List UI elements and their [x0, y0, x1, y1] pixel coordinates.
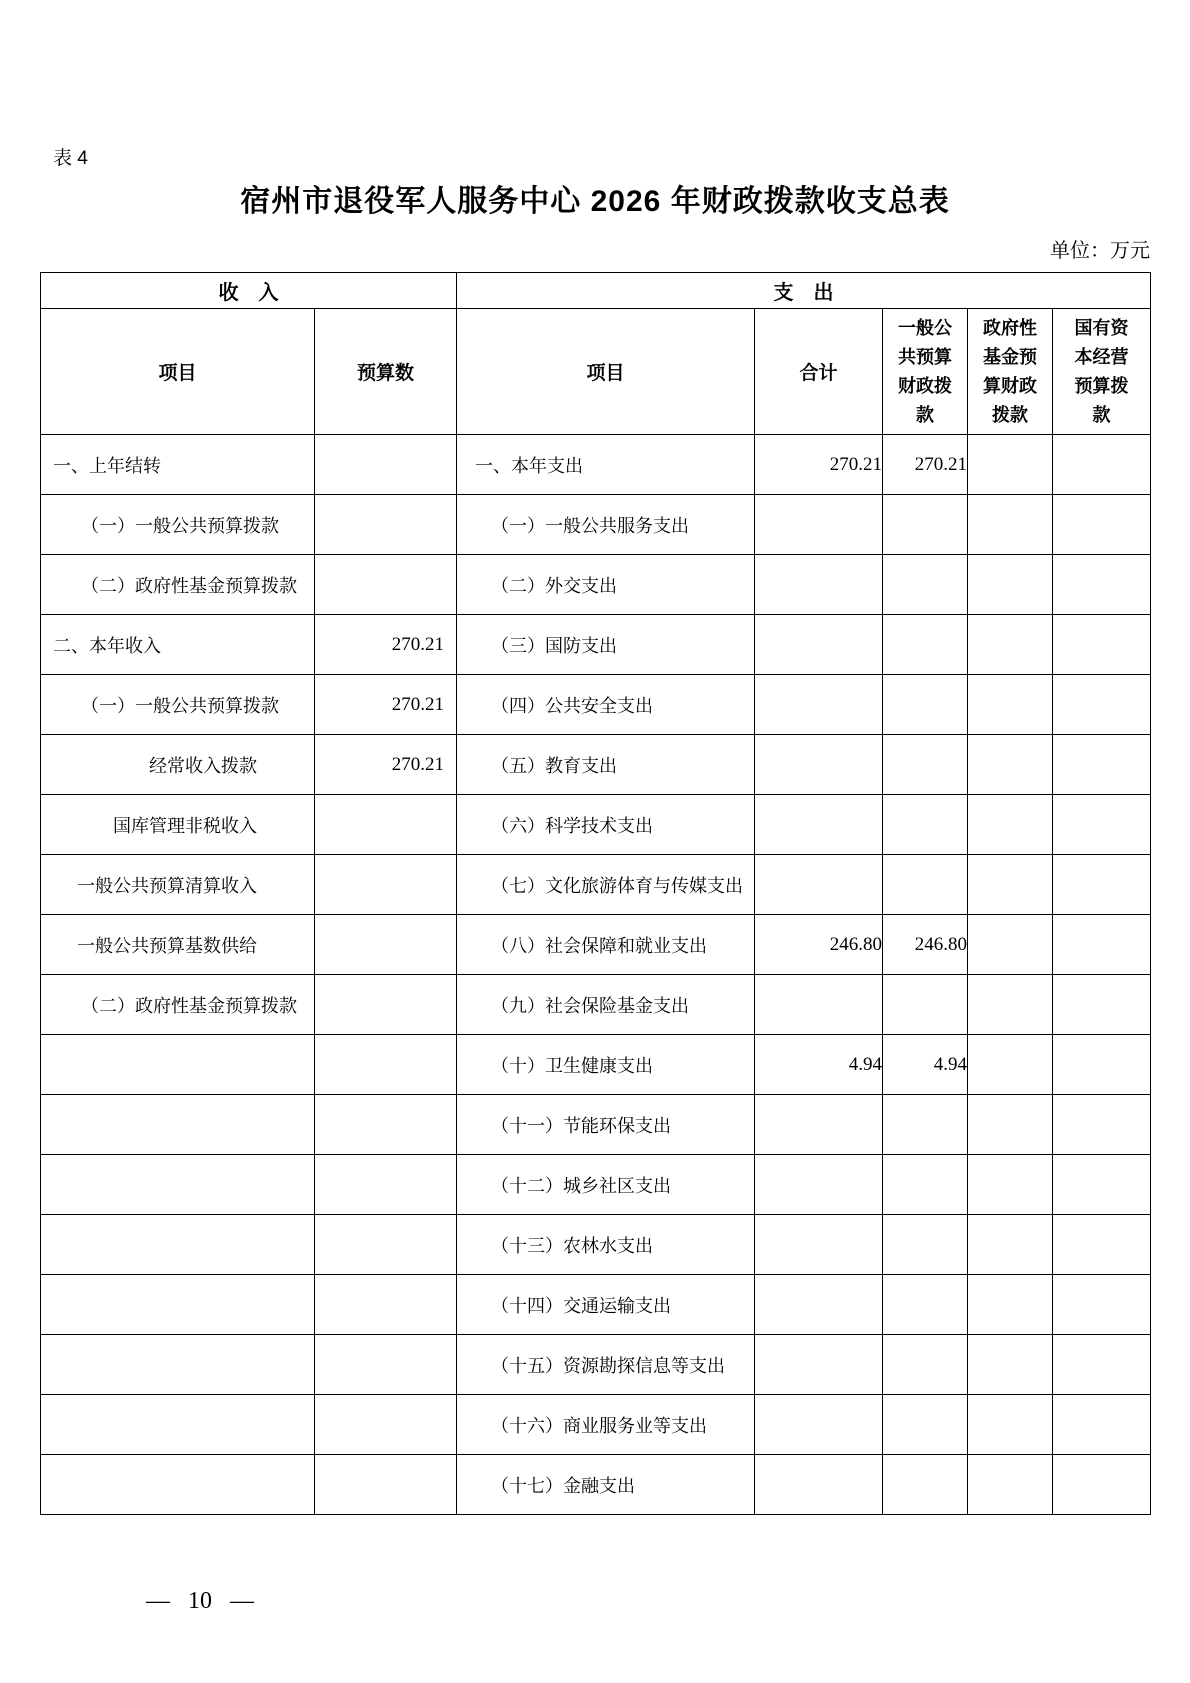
expense-item-cell: （三）国防支出	[457, 615, 755, 675]
income-budget-cell	[315, 975, 457, 1035]
table-row: （十一）节能环保支出	[41, 1095, 1151, 1155]
income-item-cell	[41, 1275, 315, 1335]
general-public-cell	[883, 735, 968, 795]
state-capital-cell	[1053, 1335, 1151, 1395]
table-row: （一）一般公共预算拨款（一）一般公共服务支出	[41, 495, 1151, 555]
expense-item-column-header: 项目	[457, 309, 755, 435]
government-fund-column-header: 政府性基金预算财政拨款	[968, 309, 1053, 435]
state-capital-cell	[1053, 975, 1151, 1035]
government-fund-cell	[968, 1035, 1053, 1095]
general-public-cell	[883, 975, 968, 1035]
total-cell	[755, 1095, 883, 1155]
government-fund-cell	[968, 1455, 1053, 1515]
total-cell: 270.21	[755, 435, 883, 495]
expense-item-cell: （十三）农林水支出	[457, 1215, 755, 1275]
income-budget-cell	[315, 1335, 457, 1395]
total-cell	[755, 1335, 883, 1395]
expense-item-cell: （二）外交支出	[457, 555, 755, 615]
state-capital-cell	[1053, 1035, 1151, 1095]
table-row: 经常收入拨款270.21（五）教育支出	[41, 735, 1151, 795]
income-budget-cell	[315, 1095, 457, 1155]
government-fund-cell	[968, 1395, 1053, 1455]
expense-item-cell: （五）教育支出	[457, 735, 755, 795]
total-cell: 4.94	[755, 1035, 883, 1095]
total-cell	[755, 1155, 883, 1215]
total-cell	[755, 615, 883, 675]
income-budget-cell	[315, 1215, 457, 1275]
state-capital-cell	[1053, 1155, 1151, 1215]
table-row: （十五）资源勘探信息等支出	[41, 1335, 1151, 1395]
expense-item-cell: （七）文化旅游体育与传媒支出	[457, 855, 755, 915]
government-fund-cell	[968, 915, 1053, 975]
section-header-row: 收 入 支 出	[41, 273, 1151, 309]
government-fund-cell	[968, 1095, 1053, 1155]
column-header-row: 项目 预算数 项目 合计 一般公共预算财政拨款 政府性基金预算财政拨款 国有资本…	[41, 309, 1151, 435]
total-cell	[755, 1215, 883, 1275]
state-capital-cell	[1053, 1215, 1151, 1275]
income-budget-cell	[315, 1155, 457, 1215]
income-item-cell: （一）一般公共预算拨款	[41, 495, 315, 555]
income-budget-cell	[315, 495, 457, 555]
government-fund-cell	[968, 975, 1053, 1035]
income-item-cell	[41, 1395, 315, 1455]
expense-item-cell: 一、本年支出	[457, 435, 755, 495]
table-row: （十六）商业服务业等支出	[41, 1395, 1151, 1455]
income-budget-cell	[315, 855, 457, 915]
general-public-cell	[883, 795, 968, 855]
state-capital-cell	[1053, 435, 1151, 495]
expense-item-cell: （一）一般公共服务支出	[457, 495, 755, 555]
government-fund-cell	[968, 1275, 1053, 1335]
general-public-cell	[883, 1455, 968, 1515]
government-fund-cell	[968, 555, 1053, 615]
income-item-cell: （二）政府性基金预算拨款	[41, 975, 315, 1035]
total-cell	[755, 1455, 883, 1515]
income-item-column-header: 项目	[41, 309, 315, 435]
government-fund-cell	[968, 495, 1053, 555]
state-capital-cell	[1053, 675, 1151, 735]
income-item-cell	[41, 1215, 315, 1275]
income-item-cell	[41, 1155, 315, 1215]
general-public-cell	[883, 1275, 968, 1335]
total-cell: 246.80	[755, 915, 883, 975]
income-budget-cell	[315, 1275, 457, 1335]
government-fund-cell	[968, 1335, 1053, 1395]
total-cell	[755, 555, 883, 615]
income-item-cell	[41, 1335, 315, 1395]
income-budget-cell: 270.21	[315, 615, 457, 675]
income-budget-cell	[315, 555, 457, 615]
unit-note: 单位：万元	[1050, 234, 1150, 263]
general-public-cell: 4.94	[883, 1035, 968, 1095]
page-title: 宿州市退役军人服务中心 2026 年财政拨款收支总表	[0, 176, 1190, 220]
total-cell	[755, 795, 883, 855]
general-public-cell	[883, 615, 968, 675]
expense-item-cell: （六）科学技术支出	[457, 795, 755, 855]
total-cell	[755, 675, 883, 735]
income-item-cell	[41, 1095, 315, 1155]
table-row: 一、上年结转一、本年支出270.21270.21	[41, 435, 1151, 495]
total-cell	[755, 1395, 883, 1455]
page-number: — 10 —	[120, 1588, 280, 1615]
state-capital-cell	[1053, 1095, 1151, 1155]
income-budget-cell: 270.21	[315, 675, 457, 735]
general-public-cell	[883, 675, 968, 735]
table-row: （二）政府性基金预算拨款（二）外交支出	[41, 555, 1151, 615]
general-public-cell	[883, 1395, 968, 1455]
table-row: （二）政府性基金预算拨款（九）社会保险基金支出	[41, 975, 1151, 1035]
income-budget-cell	[315, 1455, 457, 1515]
total-cell	[755, 975, 883, 1035]
table-body: 一、上年结转一、本年支出270.21270.21（一）一般公共预算拨款（一）一般…	[41, 435, 1151, 1515]
income-section-header: 收 入	[41, 273, 457, 309]
government-fund-cell	[968, 615, 1053, 675]
government-fund-cell	[968, 735, 1053, 795]
total-column-header: 合计	[755, 309, 883, 435]
state-capital-cell	[1053, 555, 1151, 615]
government-fund-cell	[968, 675, 1053, 735]
general-public-cell	[883, 495, 968, 555]
income-item-cell	[41, 1035, 315, 1095]
general-public-cell	[883, 1155, 968, 1215]
expense-item-cell: （四）公共安全支出	[457, 675, 755, 735]
state-capital-cell	[1053, 495, 1151, 555]
state-capital-cell	[1053, 615, 1151, 675]
general-public-cell: 270.21	[883, 435, 968, 495]
total-cell	[755, 495, 883, 555]
income-item-cell: 一般公共预算基数供给	[41, 915, 315, 975]
income-item-cell: 二、本年收入	[41, 615, 315, 675]
state-capital-cell	[1053, 915, 1151, 975]
income-budget-cell	[315, 1395, 457, 1455]
income-budget-cell: 270.21	[315, 735, 457, 795]
expense-item-cell: （九）社会保险基金支出	[457, 975, 755, 1035]
expense-item-cell: （十六）商业服务业等支出	[457, 1395, 755, 1455]
state-capital-cell	[1053, 735, 1151, 795]
total-cell	[755, 1275, 883, 1335]
government-fund-cell	[968, 855, 1053, 915]
income-item-cell: （二）政府性基金预算拨款	[41, 555, 315, 615]
table-row: （十）卫生健康支出4.944.94	[41, 1035, 1151, 1095]
expense-item-cell: （八）社会保障和就业支出	[457, 915, 755, 975]
table-row: （十三）农林水支出	[41, 1215, 1151, 1275]
state-capital-cell	[1053, 1395, 1151, 1455]
table-row: 二、本年收入270.21（三）国防支出	[41, 615, 1151, 675]
table-row: （一）一般公共预算拨款270.21（四）公共安全支出	[41, 675, 1151, 735]
expense-item-cell: （十一）节能环保支出	[457, 1095, 755, 1155]
income-item-cell: 一般公共预算清算收入	[41, 855, 315, 915]
income-budget-cell	[315, 435, 457, 495]
table-number-label: 表 4	[53, 143, 88, 170]
income-budget-column-header: 预算数	[315, 309, 457, 435]
table-row: （十四）交通运输支出	[41, 1275, 1151, 1335]
state-capital-cell	[1053, 855, 1151, 915]
income-item-cell	[41, 1455, 315, 1515]
government-fund-cell	[968, 1215, 1053, 1275]
expense-item-cell: （十七）金融支出	[457, 1455, 755, 1515]
table-row: （十二）城乡社区支出	[41, 1155, 1151, 1215]
government-fund-cell	[968, 1155, 1053, 1215]
general-public-cell	[883, 555, 968, 615]
income-item-cell: （一）一般公共预算拨款	[41, 675, 315, 735]
expense-item-cell: （十）卫生健康支出	[457, 1035, 755, 1095]
state-capital-column-header-text: 国有资本经营预算拨款	[1074, 314, 1130, 430]
total-cell	[755, 855, 883, 915]
table-row: 一般公共预算基数供给（八）社会保障和就业支出246.80246.80	[41, 915, 1151, 975]
state-capital-cell	[1053, 795, 1151, 855]
expense-item-cell: （十四）交通运输支出	[457, 1275, 755, 1335]
budget-table: 收 入 支 出 项目 预算数 项目 合计 一般公共预算财政拨款 政府性基金预算财…	[40, 272, 1151, 1515]
table-row: （十七）金融支出	[41, 1455, 1151, 1515]
expense-item-cell: （十二）城乡社区支出	[457, 1155, 755, 1215]
table-row: 国库管理非税收入（六）科学技术支出	[41, 795, 1151, 855]
income-item-cell: 国库管理非税收入	[41, 795, 315, 855]
general-public-cell	[883, 855, 968, 915]
government-fund-cell	[968, 795, 1053, 855]
general-public-cell: 246.80	[883, 915, 968, 975]
general-public-cell	[883, 1335, 968, 1395]
expense-section-header: 支 出	[457, 273, 1151, 309]
table-row: 一般公共预算清算收入（七）文化旅游体育与传媒支出	[41, 855, 1151, 915]
document-page: 表 4 宿州市退役军人服务中心 2026 年财政拨款收支总表 单位：万元 收 入…	[0, 0, 1190, 1683]
total-cell	[755, 735, 883, 795]
expense-item-cell: （十五）资源勘探信息等支出	[457, 1335, 755, 1395]
government-fund-column-header-text: 政府性基金预算财政拨款	[982, 314, 1038, 430]
income-budget-cell	[315, 795, 457, 855]
state-capital-cell	[1053, 1275, 1151, 1335]
income-budget-cell	[315, 915, 457, 975]
general-public-budget-column-header-text: 一般公共预算财政拨款	[897, 314, 953, 430]
government-fund-cell	[968, 435, 1053, 495]
income-budget-cell	[315, 1035, 457, 1095]
income-item-cell: 一、上年结转	[41, 435, 315, 495]
state-capital-column-header: 国有资本经营预算拨款	[1053, 309, 1151, 435]
income-item-cell: 经常收入拨款	[41, 735, 315, 795]
general-public-cell	[883, 1095, 968, 1155]
general-public-budget-column-header: 一般公共预算财政拨款	[883, 309, 968, 435]
general-public-cell	[883, 1215, 968, 1275]
state-capital-cell	[1053, 1455, 1151, 1515]
